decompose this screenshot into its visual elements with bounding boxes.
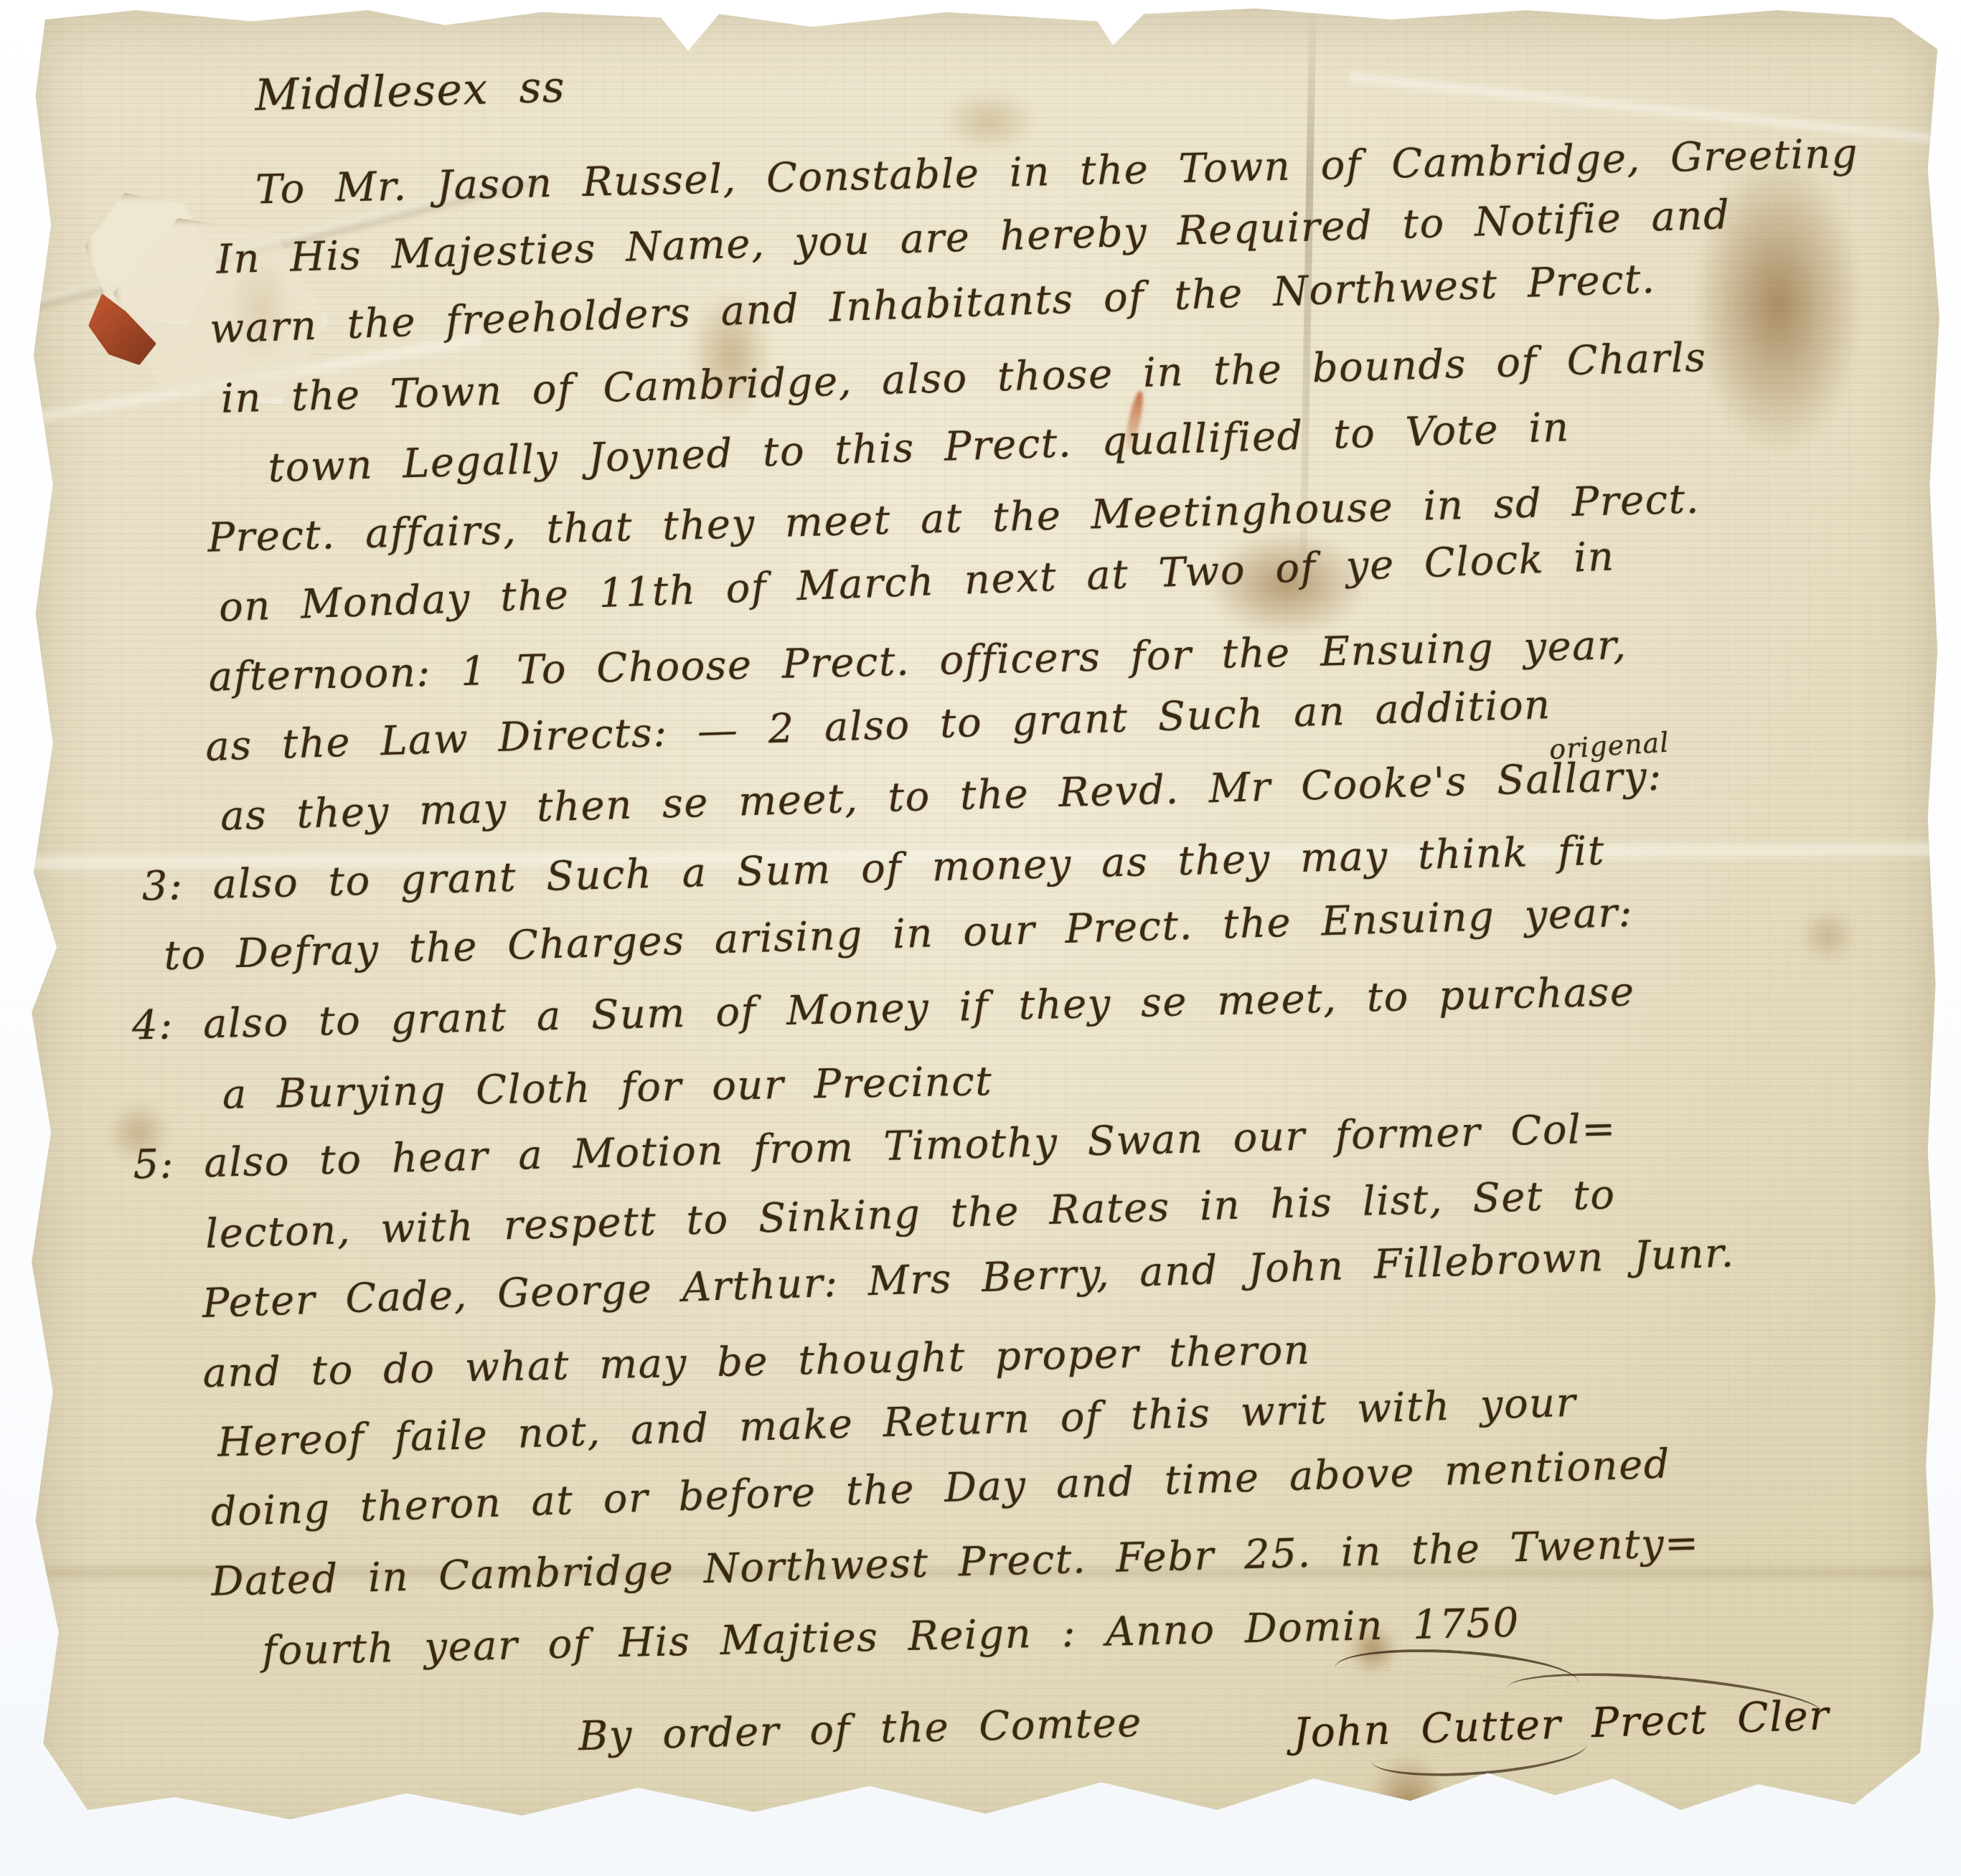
manuscript-text: Middlesex ss To Mr. Jason Russel, Consta… bbox=[122, 31, 1914, 1769]
scan-background: Middlesex ss To Mr. Jason Russel, Consta… bbox=[0, 0, 1961, 1876]
clerk-signature-block: John Cutter Prect Cler bbox=[1293, 1688, 1830, 1761]
stain-mark bbox=[1369, 1753, 1448, 1861]
manuscript-paper: Middlesex ss To Mr. Jason Russel, Consta… bbox=[20, 3, 1951, 1854]
interlined-word: origenal bbox=[1547, 708, 1671, 785]
closing-row: By order of the Comtee John Cutter Prect… bbox=[578, 1687, 1914, 1766]
by-order-label: By order of the Comtee bbox=[578, 1688, 1143, 1771]
clerk-signature: John Cutter Prect Cler bbox=[1292, 1681, 1830, 1768]
county-header: Middlesex ss bbox=[254, 15, 1903, 131]
